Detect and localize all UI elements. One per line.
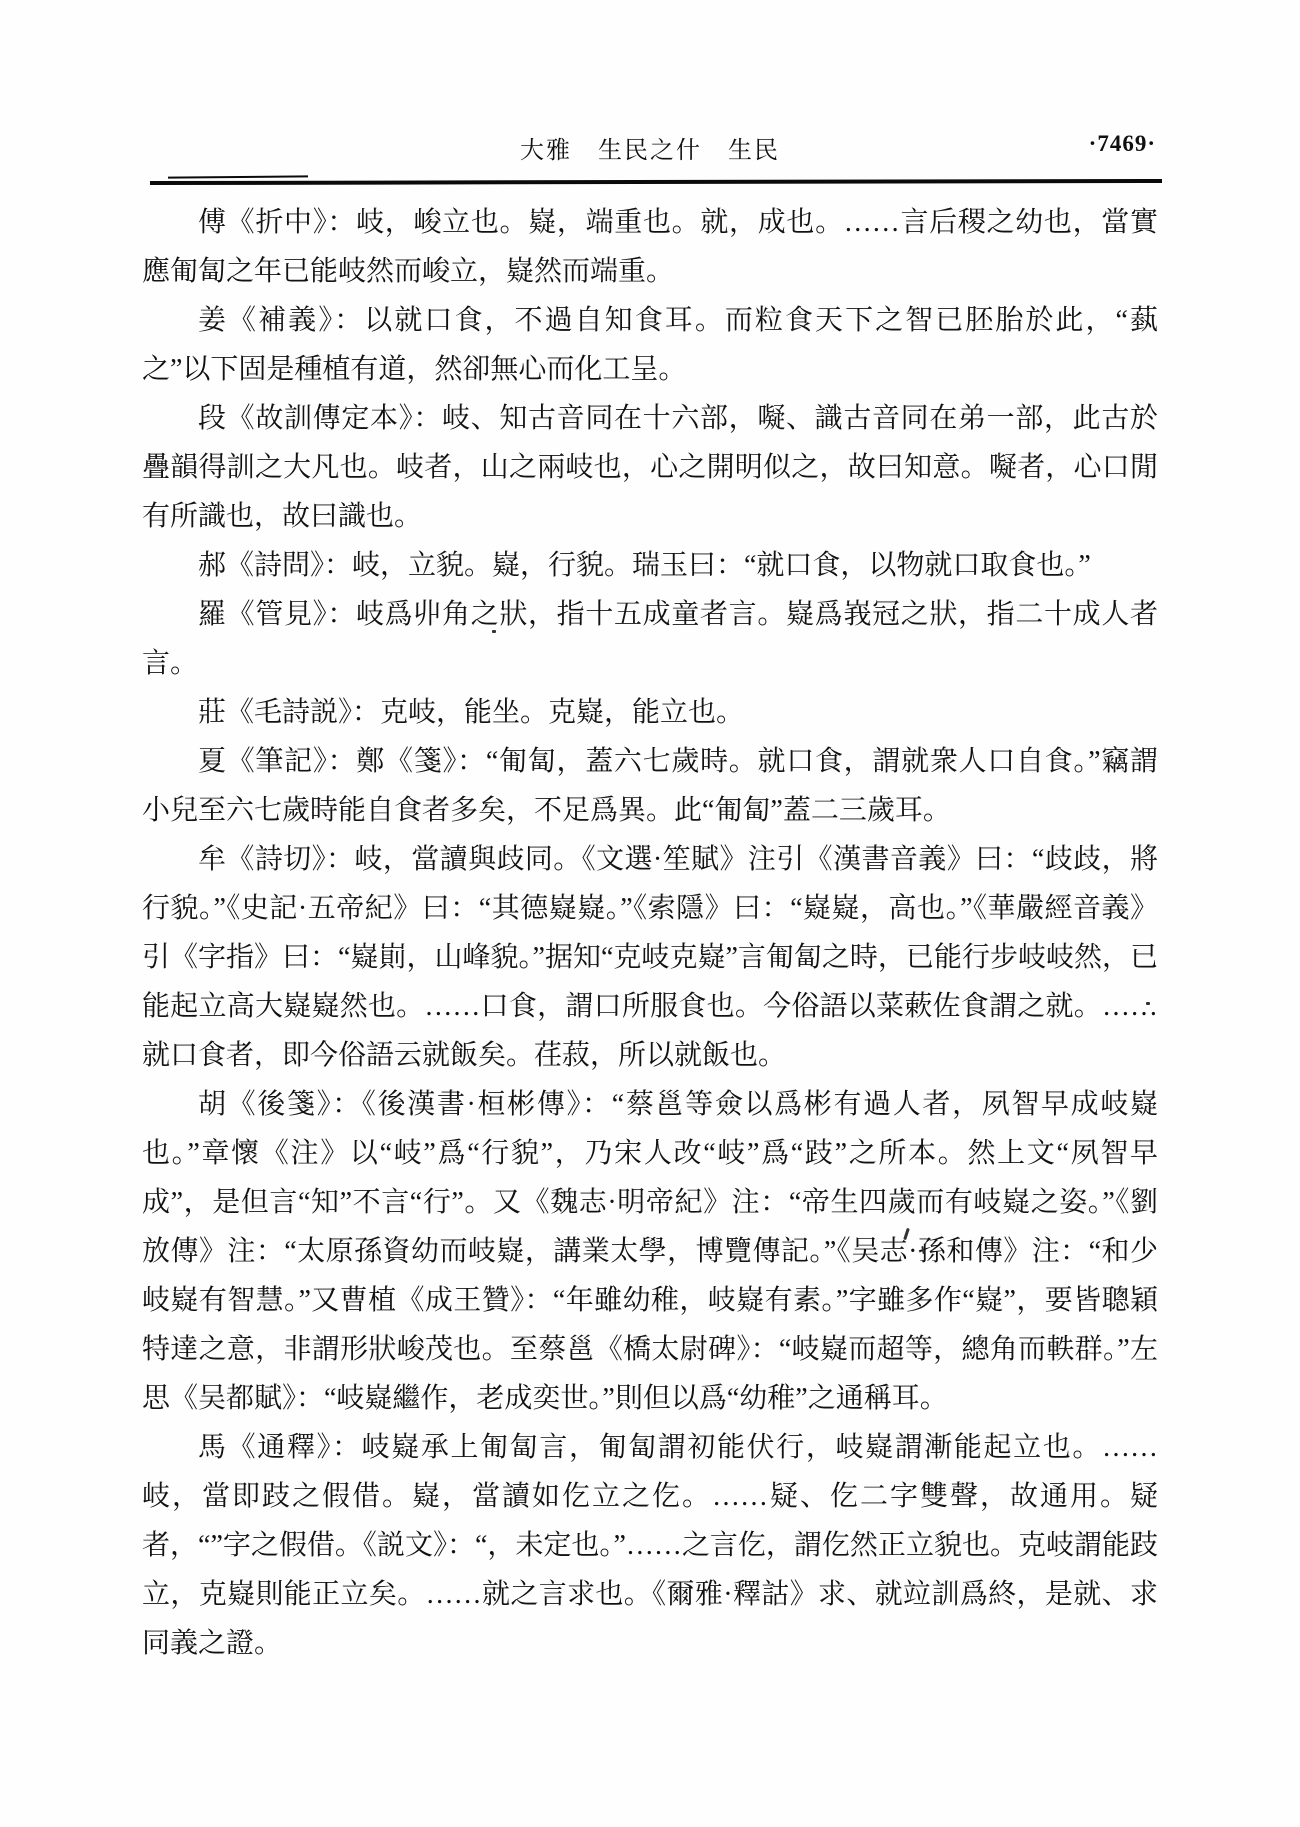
commentary-paragraph: 姜《補義》：以就口食，不過自知食耳。而粒食天下之智已胚胎於此，“蓺之”以下固是種… <box>142 296 1158 394</box>
commentary-paragraph: 莊《毛詩説》：克岐，能坐。克嶷，能立也。 <box>142 688 1158 737</box>
commentary-paragraph: 牟《詩切》：岐，當讀與歧同。《文選·笙賦》注引《漢書音義》曰：“歧歧，將行貌。”… <box>142 835 1158 1080</box>
ink-speck <box>492 630 496 633</box>
header-rule-fragment <box>168 175 308 178</box>
commentary-paragraph: 羅《管見》：岐爲丱角之狀，指十五成童者言。嶷爲峩冠之狀，指二十成人者言。 <box>142 590 1158 688</box>
running-head-title: 大雅 生民之什 生民 <box>142 130 1158 165</box>
commentary-paragraph: 夏《筆記》：鄭《箋》：“匍匐，蓋六七歲時。就口食，謂就衆人口自食。”竊謂小兒至六… <box>142 737 1158 835</box>
commentary-paragraph: 胡《後箋》：《後漢書·桓彬傳》：“蔡邕等僉以爲彬有過人者，夙智早成岐嶷也。”章懷… <box>142 1080 1158 1423</box>
commentary-paragraph: 段《故訓傳定本》：岐、知古音同在十六部，㘈、識古音同在弟一部，此古於疊韻得訓之大… <box>142 394 1158 541</box>
commentary-paragraph: 郝《詩問》：岐，立貌。嶷，行貌。瑞玉曰：“就口食，以物就口取食也。” <box>142 541 1158 590</box>
commentary-paragraph: 馬《通釋》：岐嶷承上匍匐言，匍匐謂初能伏行，岐嶷謂漸能起立也。……岐，當即跂之假… <box>142 1423 1158 1668</box>
page-header: 大雅 生民之什 生民 ·7469· <box>142 130 1158 166</box>
commentary-text-block: 傅《折中》：岐，峻立也。嶷，端重也。就，成也。……言后稷之幼也，當實應匍匐之年已… <box>142 198 1158 1668</box>
ink-speck <box>1146 1002 1150 1005</box>
commentary-paragraph: 傅《折中》：岐，峻立也。嶷，端重也。就，成也。……言后稷之幼也，當實應匍匐之年已… <box>142 198 1158 296</box>
header-rule <box>150 179 1162 185</box>
page-number: ·7469· <box>1089 131 1156 157</box>
scanned-book-page: 大雅 生民之什 生民 ·7469· 傅《折中》：岐，峻立也。嶷，端重也。就，成也… <box>0 0 1300 1827</box>
